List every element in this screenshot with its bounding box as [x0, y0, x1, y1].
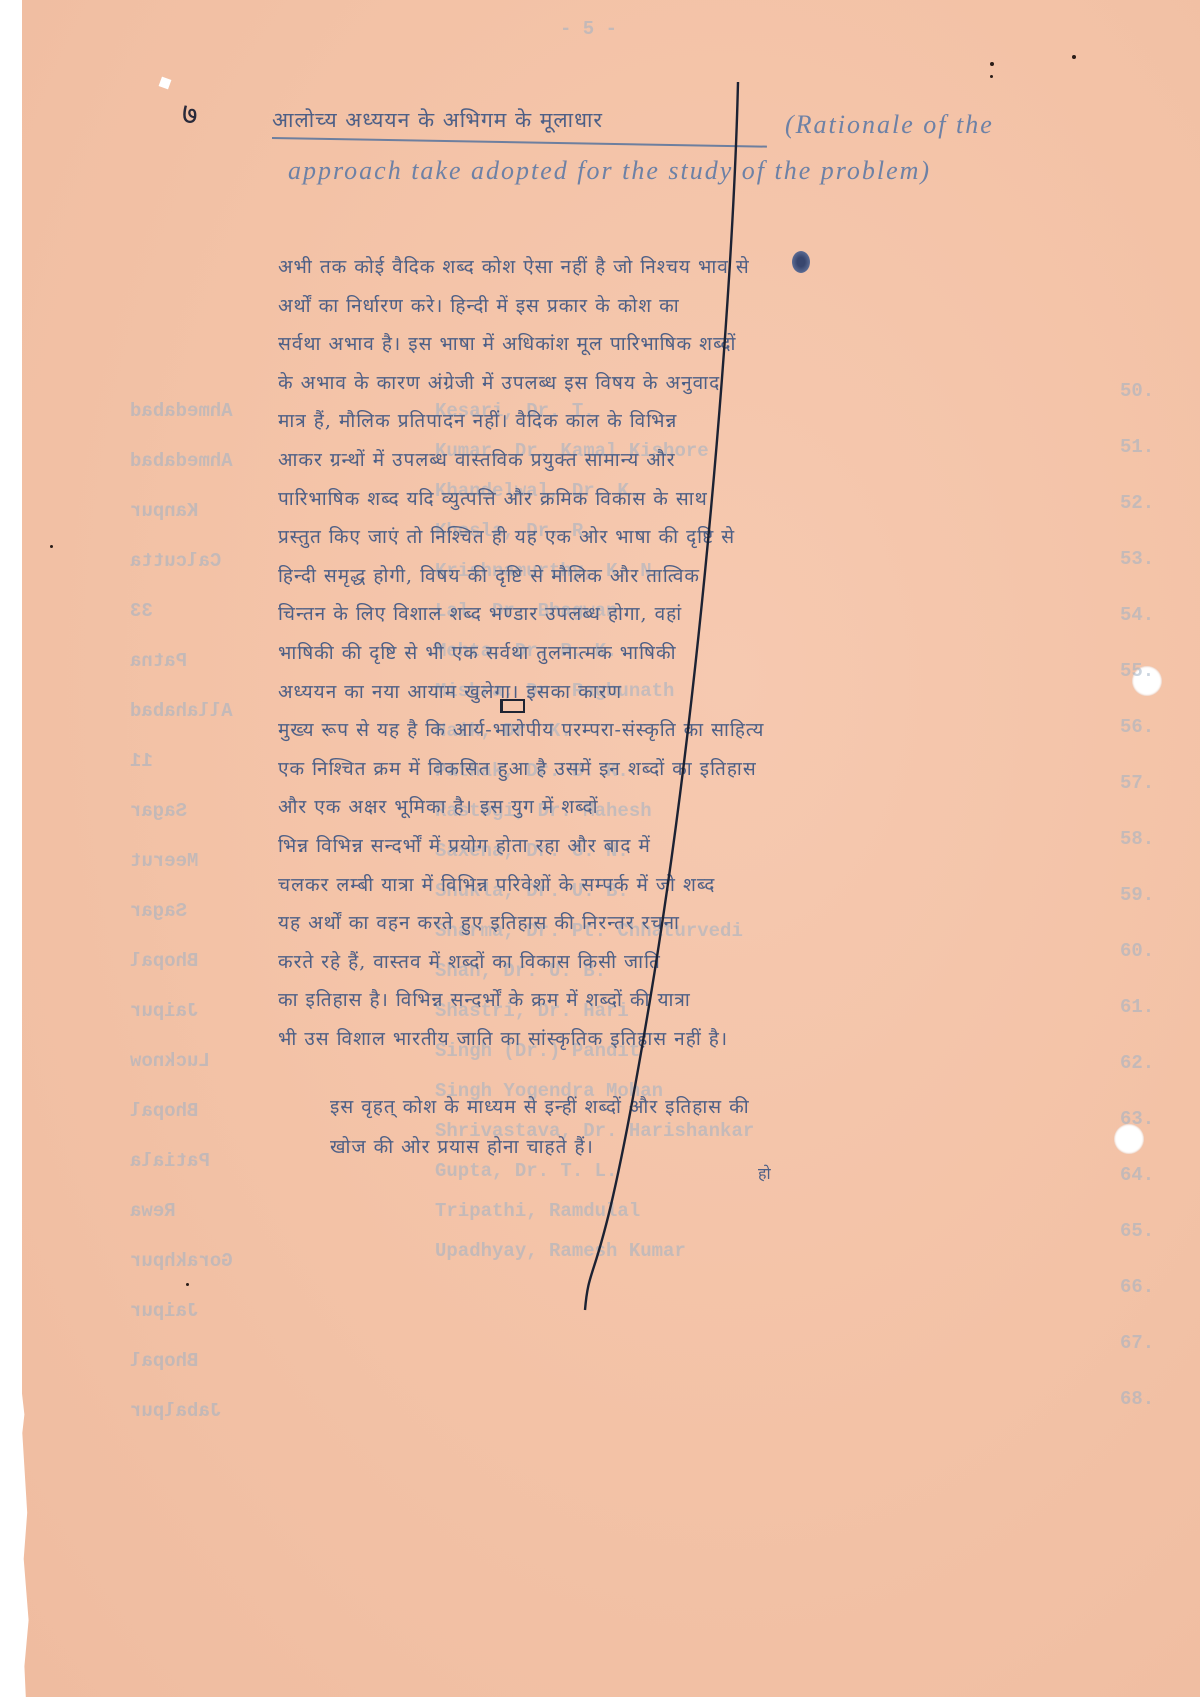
bleed-text: Gorakhpur: [130, 1250, 233, 1272]
handwritten-line: भी उस विशाल भारतीय जाति का सांस्कृतिक इत…: [278, 1030, 728, 1049]
bleed-text: Jabalpur: [130, 1400, 221, 1422]
bleed-number: 55.: [1120, 660, 1154, 682]
ink-speck: [990, 75, 993, 78]
bleed-text: Bhopal: [130, 1350, 198, 1372]
bleed-number: 65.: [1120, 1220, 1154, 1242]
handwritten-line: करते रहे हैं, वास्तव में शब्दों का विकास…: [278, 953, 661, 972]
bleed-number: 57.: [1120, 772, 1154, 794]
heading-hindi: आलोच्य अध्ययन के अभिगम के मूलाधार: [272, 110, 603, 131]
bleed-number: 51.: [1120, 436, 1154, 458]
bleed-text: Patna: [130, 650, 187, 672]
handwritten-line: के अभाव के कारण अंग्रेजी में उपलब्ध इस व…: [278, 374, 720, 393]
handwritten-line: यह अर्थों का वहन करते हुए इतिहास की निरन…: [278, 914, 680, 933]
bleed-text: Upadhyay, Ramesh Kumar: [435, 1240, 686, 1262]
handwritten-line: सर्वथा अभाव है। इस भाषा में अधिकांश मूल …: [278, 335, 736, 354]
bleed-number: 67.: [1120, 1332, 1154, 1354]
bleed-text: Jaipur: [130, 1300, 198, 1322]
bleed-text: 33: [130, 600, 153, 622]
bleed-text: Calcutta: [130, 550, 221, 572]
handwritten-line: हिन्दी समृद्ध होगी, विषय की दृष्टि से मौ…: [278, 567, 700, 586]
bleed-page-header: - 5 -: [560, 18, 617, 40]
handwritten-line: अभी तक कोई वैदिक शब्द कोश ऐसा नहीं है जो…: [278, 258, 750, 277]
bleed-text: Tripathi, Ramdulal: [435, 1200, 640, 1222]
handwritten-line: अर्थों का निर्धारण करे। हिन्दी में इस प्…: [278, 297, 680, 316]
bleed-text: Allahabad: [130, 700, 233, 722]
bleed-number: 66.: [1120, 1276, 1154, 1298]
handwritten-line: प्रस्तुत किए जाएं तो निश्चित ही यह एक ओर…: [278, 528, 735, 547]
bleed-number: 63.: [1120, 1108, 1154, 1130]
bleed-text: Patiala: [130, 1150, 210, 1172]
bleed-number: 52.: [1120, 492, 1154, 514]
bleed-number: 64.: [1120, 1164, 1154, 1186]
handwritten-line: का इतिहास है। विभिन्न सन्दर्भों के क्रम …: [278, 991, 691, 1010]
bleed-text: 11: [130, 750, 153, 772]
handwritten-line: अध्ययन का नया आयाम खुलेगा। इसका कारण: [278, 683, 622, 702]
ink-scribble: [792, 251, 810, 273]
bleed-text: Meerut: [130, 850, 198, 872]
bleed-text: Sagar: [130, 900, 187, 922]
bleed-text: Rewa: [130, 1200, 176, 1222]
bleed-number: 54.: [1120, 604, 1154, 626]
section-number: ७: [182, 92, 198, 133]
handwritten-line: पारिभाषिक शब्द यदि व्युत्पत्ति और क्रमिक…: [278, 490, 708, 509]
ink-speck: [990, 62, 994, 66]
insertion-mark: [500, 699, 525, 713]
handwritten-line: चिन्तन के लिए विशाल शब्द भण्डार उपलब्ध ह…: [278, 605, 682, 624]
handwritten-line: मुख्य रूप से यह है कि आर्य-भारोपीय परम्प…: [278, 721, 764, 740]
handwritten-line: एक निश्चित क्रम में विकसित हुआ है उसमें …: [278, 760, 757, 779]
bleed-text: Bhopal: [130, 1100, 198, 1122]
ink-speck: [186, 1283, 189, 1286]
bleed-number: 68.: [1120, 1388, 1154, 1410]
handwritten-line: इस वृहत् कोश के माध्यम से इन्हीं शब्दों …: [330, 1098, 750, 1117]
bleed-text: Gupta, Dr. T. L.: [435, 1160, 617, 1182]
bleed-number: 53.: [1120, 548, 1154, 570]
handwritten-line: भाषिकी की दृष्टि से भी एक सर्वथा तुलनात्…: [278, 644, 677, 663]
ink-speck: [1072, 55, 1076, 59]
handwritten-line: चलकर लम्बी यात्रा में विभिन्न परिवेशों क…: [278, 876, 715, 895]
handwritten-line: खोज की ओर प्रयास होना चाहते हैं।: [330, 1138, 594, 1157]
bleed-number: 61.: [1120, 996, 1154, 1018]
bleed-text: Jaipur: [130, 1000, 198, 1022]
heading-english-1: (Rationale of the: [785, 112, 994, 138]
bleed-text: Ahmedabad: [130, 450, 233, 472]
bleed-text: Kanpur: [130, 500, 198, 522]
handwritten-line: और एक अक्षर भूमिका है। इस युग में शब्दों: [278, 798, 599, 817]
bleed-text: Ahmedabad: [130, 400, 233, 422]
ink-speck: [50, 545, 53, 548]
bleed-number: 60.: [1120, 940, 1154, 962]
interlinear-note: हो: [758, 1166, 772, 1182]
handwritten-line: आकर ग्रन्थों में उपलब्ध वास्तविक प्रयुक्…: [278, 451, 676, 470]
bleed-text: Sagar: [130, 800, 187, 822]
bleed-number: 59.: [1120, 884, 1154, 906]
bleed-text: Bhopal: [130, 950, 198, 972]
handwritten-line: मात्र हैं, मौलिक प्रतिपादन नहीं। वैदिक क…: [278, 412, 677, 431]
bleed-number: 58.: [1120, 828, 1154, 850]
heading-english-2: approach take adopted for the study of t…: [288, 158, 931, 184]
bleed-number: 56.: [1120, 716, 1154, 738]
bleed-number: 62.: [1120, 1052, 1154, 1074]
bleed-number: 50.: [1120, 380, 1154, 402]
bleed-text: Lucknow: [130, 1050, 210, 1072]
handwritten-line: भिन्न विभिन्न सन्दर्भों में प्रयोग होता …: [278, 837, 651, 856]
